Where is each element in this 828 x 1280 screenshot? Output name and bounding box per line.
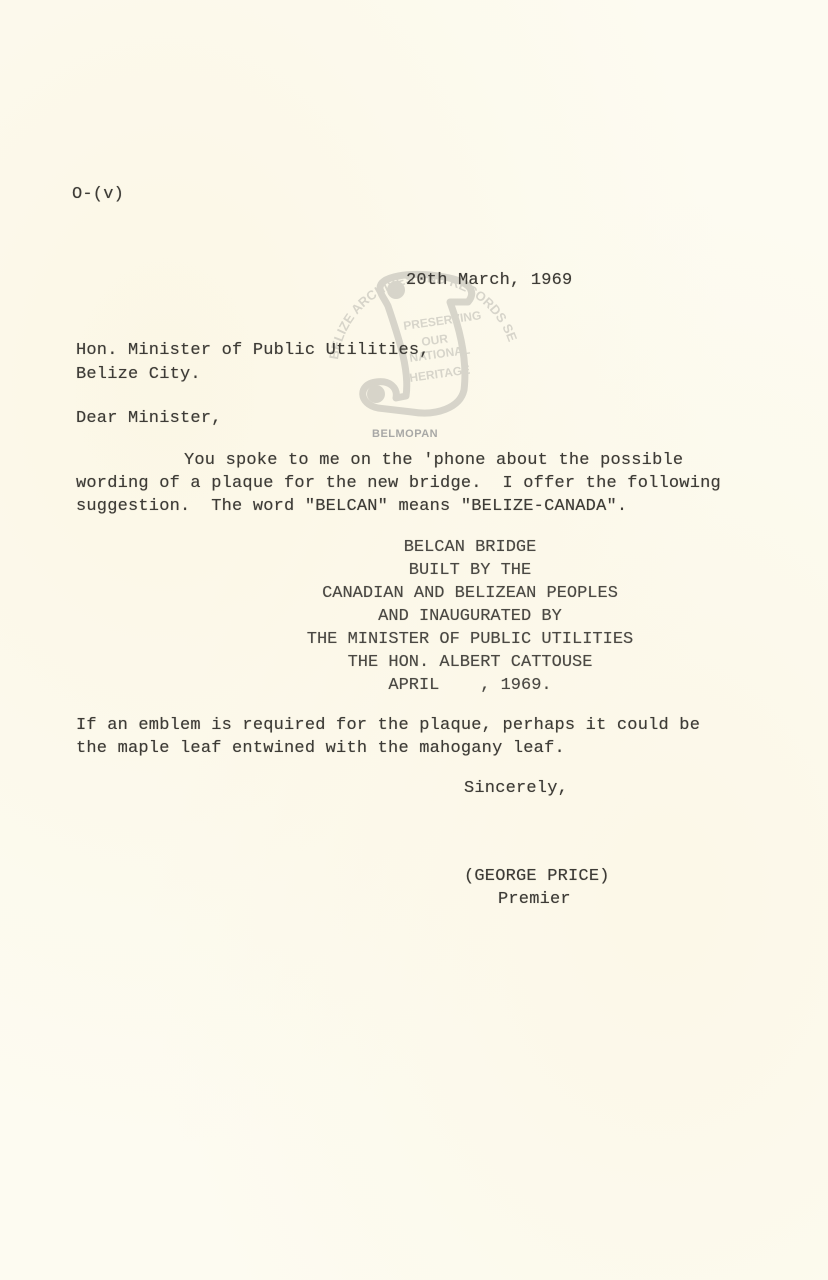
- plaque-line: THE MINISTER OF PUBLIC UTILITIES: [0, 629, 828, 651]
- plaque-line: CANADIAN AND BELIZEAN PEOPLES: [0, 583, 828, 605]
- closing: Sincerely,: [464, 778, 568, 800]
- body-paragraph-1-line-1: You spoke to me on the 'phone about the …: [184, 450, 683, 472]
- recipient-line-2: Belize City.: [76, 364, 201, 386]
- body-paragraph-1-line-2: wording of a plaque for the new bridge. …: [76, 473, 721, 495]
- letter-date: 20th March, 1969: [406, 270, 572, 292]
- body-paragraph-2-line-2: the maple leaf entwined with the mahogan…: [76, 738, 565, 760]
- plaque-line: THE HON. ALBERT CATTOUSE: [0, 652, 828, 674]
- watermark-belmopan: BELMOPAN: [372, 428, 438, 440]
- body-paragraph-2-line-1: If an emblem is required for the plaque,…: [76, 715, 700, 737]
- plaque-line: AND INAUGURATED BY: [0, 606, 828, 628]
- plaque-line: BELCAN BRIDGE: [0, 537, 828, 559]
- signatory-name: (GEORGE PRICE): [464, 866, 610, 888]
- recipient-line-1: Hon. Minister of Public Utilities,: [76, 340, 430, 362]
- reference-code: O-(v): [72, 184, 124, 206]
- body-paragraph-1-line-3: suggestion. The word "BELCAN" means "BEL…: [76, 496, 627, 518]
- plaque-line: APRIL , 1969.: [0, 675, 828, 697]
- plaque-line: BUILT BY THE: [0, 560, 828, 582]
- signatory-title: Premier: [498, 889, 571, 911]
- salutation: Dear Minister,: [76, 408, 222, 430]
